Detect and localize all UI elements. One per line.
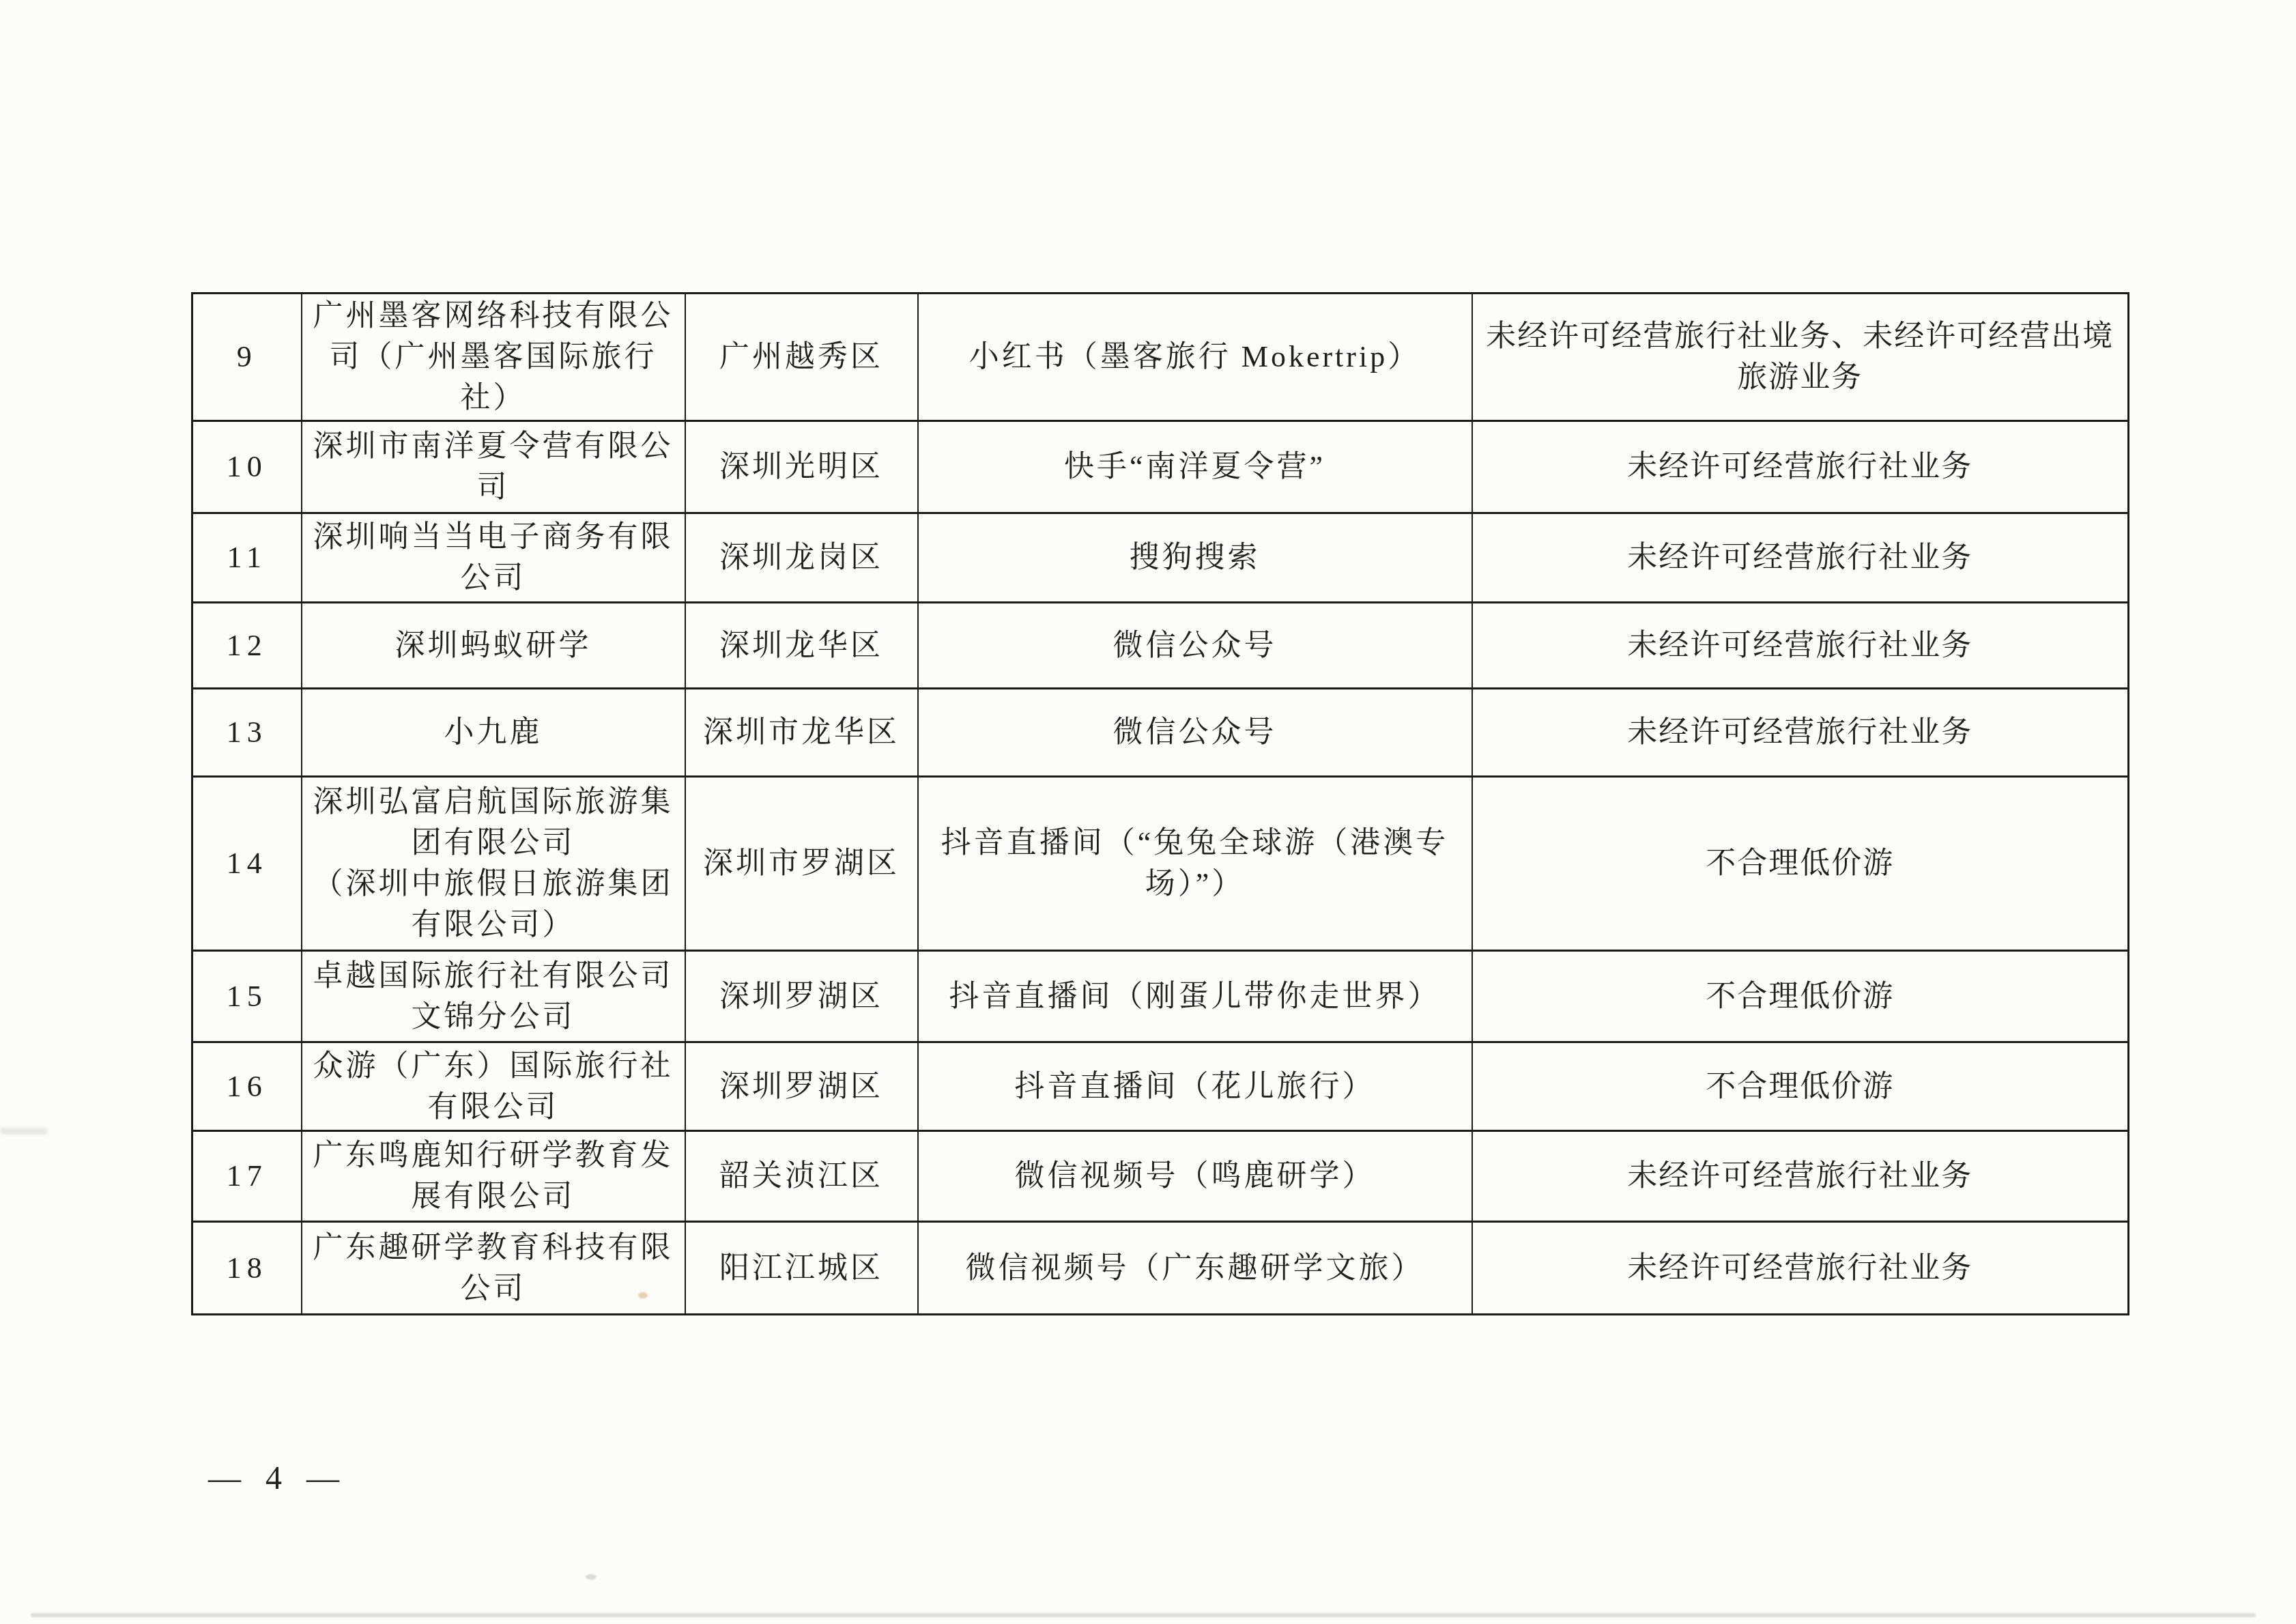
platform-cell: 小红书（墨客旅行 Mokertrip） (918, 294, 1472, 421)
platform-cell: 抖音直播间（“兔兔全球游（港澳专场）”） (918, 777, 1472, 951)
row-number-cell: 18 (192, 1222, 302, 1315)
row-number-cell: 9 (192, 294, 302, 421)
violation-cell: 不合理低价游 (1472, 1042, 2129, 1131)
district-cell: 阳江江城区 (685, 1222, 918, 1315)
row-number-cell: 15 (192, 951, 302, 1042)
violation-cell: 未经许可经营旅行社业务 (1472, 1222, 2129, 1315)
scan-artifact (31, 1613, 2256, 1617)
company-cell: 众游（广东）国际旅行社有限公司 (302, 1042, 685, 1131)
violation-cell: 不合理低价游 (1472, 777, 2129, 951)
table-row: 10 深圳市南洋夏令营有限公司 深圳光明区 快手“南洋夏令营” 未经许可经营旅行… (192, 421, 2129, 513)
platform-cell: 微信公众号 (918, 689, 1472, 777)
company-cell: 深圳弘富启航国际旅游集团有限公司 （深圳中旅假日旅游集团有限公司） (302, 777, 685, 951)
row-number-cell: 17 (192, 1131, 302, 1222)
platform-cell: 微信视频号（广东趣研学文旅） (918, 1222, 1472, 1315)
district-cell: 深圳罗湖区 (685, 1042, 918, 1131)
page-number: — 4 — (208, 1459, 347, 1497)
company-cell: 深圳响当当电子商务有限公司 (302, 513, 685, 603)
company-cell: 广州墨客网络科技有限公司（广州墨客国际旅行社） (302, 294, 685, 421)
district-cell: 深圳市龙华区 (685, 689, 918, 777)
table-row: 12 深圳蚂蚁研学 深圳龙华区 微信公众号 未经许可经营旅行社业务 (192, 603, 2129, 689)
company-cell: 深圳蚂蚁研学 (302, 603, 685, 689)
platform-cell: 微信公众号 (918, 603, 1472, 689)
violation-cell: 未经许可经营旅行社业务 (1472, 513, 2129, 603)
platform-cell: 微信视频号（鸣鹿研学） (918, 1131, 1472, 1222)
table-row: 16 众游（广东）国际旅行社有限公司 深圳罗湖区 抖音直播间（花儿旅行） 不合理… (192, 1042, 2129, 1131)
row-number-cell: 16 (192, 1042, 302, 1131)
district-cell: 深圳光明区 (685, 421, 918, 513)
company-cell: 卓越国际旅行社有限公司文锦分公司 (302, 951, 685, 1042)
district-cell: 深圳罗湖区 (685, 951, 918, 1042)
platform-cell: 抖音直播间（花儿旅行） (918, 1042, 1472, 1131)
row-number-cell: 12 (192, 603, 302, 689)
table-row: 9 广州墨客网络科技有限公司（广州墨客国际旅行社） 广州越秀区 小红书（墨客旅行… (192, 294, 2129, 421)
table-row: 11 深圳响当当电子商务有限公司 深圳龙岗区 搜狗搜索 未经许可经营旅行社业务 (192, 513, 2129, 603)
table-body: 9 广州墨客网络科技有限公司（广州墨客国际旅行社） 广州越秀区 小红书（墨客旅行… (192, 294, 2129, 1315)
district-cell: 深圳市罗湖区 (685, 777, 918, 951)
row-number-cell: 14 (192, 777, 302, 951)
row-number-cell: 13 (192, 689, 302, 777)
company-cell: 广东鸣鹿知行研学教育发展有限公司 (302, 1131, 685, 1222)
district-cell: 深圳龙华区 (685, 603, 918, 689)
violation-cell: 未经许可经营旅行社业务 (1472, 689, 2129, 777)
document-page: 9 广州墨客网络科技有限公司（广州墨客国际旅行社） 广州越秀区 小红书（墨客旅行… (0, 0, 2296, 1624)
district-cell: 广州越秀区 (685, 294, 918, 421)
violation-cell: 不合理低价游 (1472, 951, 2129, 1042)
platform-cell: 搜狗搜索 (918, 513, 1472, 603)
violation-cell: 未经许可经营旅行社业务、未经许可经营出境旅游业务 (1472, 294, 2129, 421)
violation-cell: 未经许可经营旅行社业务 (1472, 603, 2129, 689)
company-cell: 小九鹿 (302, 689, 685, 777)
company-cell: 广东趣研学教育科技有限公司 (302, 1222, 685, 1315)
violation-cell: 未经许可经营旅行社业务 (1472, 421, 2129, 513)
violation-cell: 未经许可经营旅行社业务 (1472, 1131, 2129, 1222)
table-row: 14 深圳弘富启航国际旅游集团有限公司 （深圳中旅假日旅游集团有限公司） 深圳市… (192, 777, 2129, 951)
scan-artifact (0, 1128, 48, 1135)
district-cell: 深圳龙岗区 (685, 513, 918, 603)
table-row: 17 广东鸣鹿知行研学教育发展有限公司 韶关浈江区 微信视频号（鸣鹿研学） 未经… (192, 1131, 2129, 1222)
platform-cell: 快手“南洋夏令营” (918, 421, 1472, 513)
company-cell: 深圳市南洋夏令营有限公司 (302, 421, 685, 513)
row-number-cell: 10 (192, 421, 302, 513)
district-cell: 韶关浈江区 (685, 1131, 918, 1222)
row-number-cell: 11 (192, 513, 302, 603)
table-row: 18 广东趣研学教育科技有限公司 阳江江城区 微信视频号（广东趣研学文旅） 未经… (192, 1222, 2129, 1315)
platform-cell: 抖音直播间（刚蛋儿带你走世界） (918, 951, 1472, 1042)
table-row: 15 卓越国际旅行社有限公司文锦分公司 深圳罗湖区 抖音直播间（刚蛋儿带你走世界… (192, 951, 2129, 1042)
violations-table: 9 广州墨客网络科技有限公司（广州墨客国际旅行社） 广州越秀区 小红书（墨客旅行… (191, 292, 2129, 1315)
scan-artifact (586, 1574, 597, 1580)
table-row: 13 小九鹿 深圳市龙华区 微信公众号 未经许可经营旅行社业务 (192, 689, 2129, 777)
